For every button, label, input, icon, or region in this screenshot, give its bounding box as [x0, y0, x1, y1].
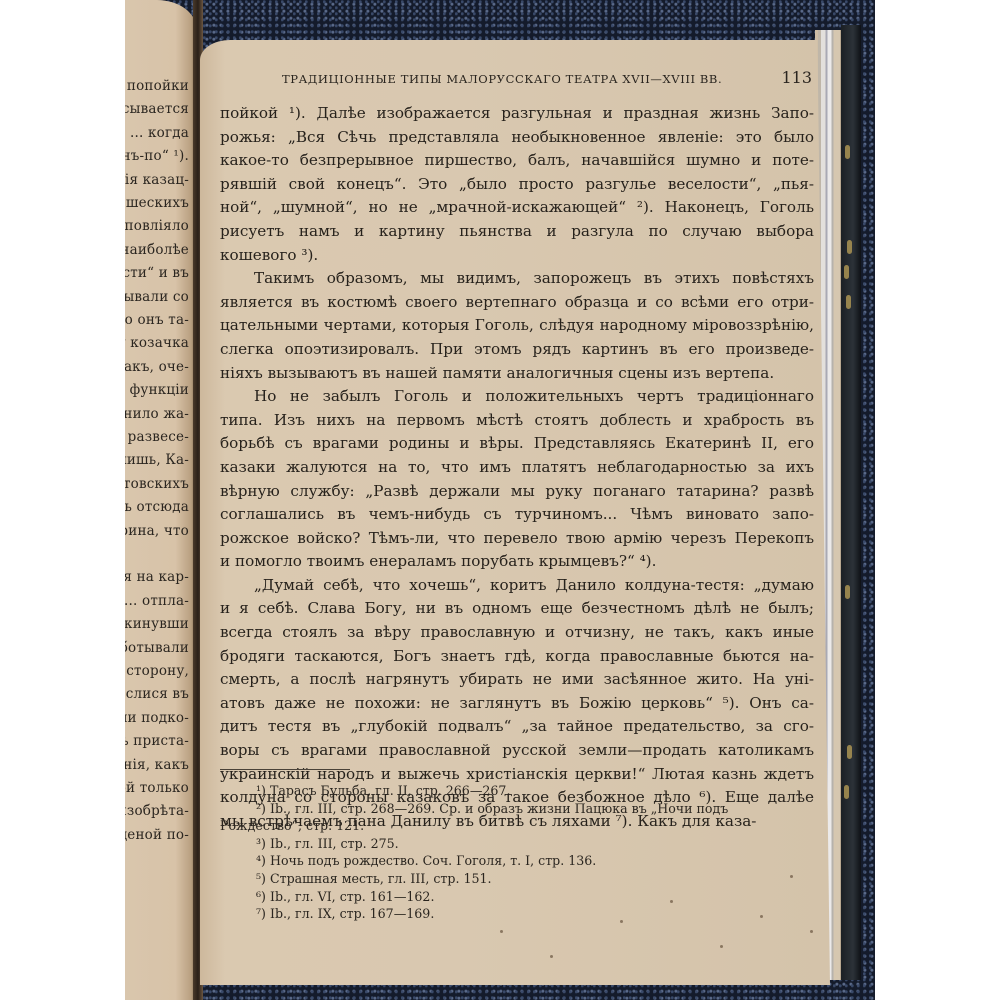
text-line: пойкой ¹). Далѣе изображается разгульная…: [220, 102, 814, 126]
left-page-line: ми подко-: [125, 710, 189, 726]
left-page-line: развесе-: [128, 429, 189, 445]
left-page-line: изобрѣта-: [125, 803, 189, 819]
text-line: воры съ врагами православной русской зем…: [220, 739, 814, 763]
left-page-line: нiя казац-: [125, 172, 189, 188]
text-line: и помогло твоимъ енераламъ порубать крым…: [220, 550, 814, 574]
footnote: ⁵) Страшная месть, гл. III, стр. 151.: [220, 870, 780, 888]
footnote: ³) Ib., гл. III, стр. 275.: [220, 835, 780, 853]
text-line: кошевого ³).: [220, 244, 814, 268]
left-page-line: у козачка: [125, 335, 189, 351]
footnotes: ¹) Тарасъ Бульба, гл. II, стр. 266—267.²…: [220, 782, 780, 923]
left-page-line: закъ, оче-: [125, 359, 189, 375]
text-line: рожское войско? Тѣмъ-ли, что перевело тв…: [220, 527, 814, 551]
left-page-line: функцiи: [130, 382, 189, 398]
left-page-line: писывается: [125, 101, 189, 117]
text-line: является въ костюмѣ своего вертепнаго об…: [220, 291, 814, 315]
footnote: ⁷) Ib., гл. IX, стр. 167—169.: [220, 905, 780, 923]
text-line: соглашались въ чемъ-нибудь съ турчиномъ.…: [220, 503, 814, 527]
right-page: ТРАДИЦIОННЫЕ ТИПЫ МАЛОРУССКАГО ТЕАТРА XV…: [200, 40, 830, 985]
text-line: борьбѣ съ врагами родины и вѣры. Предста…: [220, 432, 814, 456]
book-photo: попойкиписываетсяа ... когдаонъ-по“ ¹).н…: [125, 0, 875, 1000]
book-cover-edge: [841, 25, 861, 980]
text-line: бродяги таскаются, Богъ знаетъ гдѣ, когд…: [220, 645, 814, 669]
paragraph: Но не забылъ Гоголь и положительныхъ чер…: [220, 385, 814, 574]
left-page-line: аботывали: [125, 640, 189, 656]
left-page-line: анило жа-: [125, 406, 189, 422]
text-line: цательными чертами, которыя Гоголь, слѣд…: [220, 314, 814, 338]
text-line: Такимъ образомъ, мы видимъ, запорожецъ в…: [220, 267, 814, 291]
footnote: ¹) Тарасъ Бульба, гл. II, стр. 266—267.: [220, 782, 780, 800]
left-page-line: зывали со: [125, 289, 189, 305]
text-line: казаки жалуются на то, что имъ платятъ н…: [220, 456, 814, 480]
paragraph: Такимъ образомъ, мы видимъ, запорожецъ в…: [220, 267, 814, 385]
footnote: ⁶) Ib., гл. VI, стр. 161—162.: [220, 888, 780, 906]
footnote: Рождество“, стр. 121.: [220, 817, 780, 835]
left-page-line: рина, что: [125, 523, 189, 539]
left-page-line: еслися въ: [125, 686, 189, 702]
left-page-line: нiя, какъ: [125, 757, 189, 773]
paragraph: пойкой ¹). Далѣе изображается разгульная…: [220, 102, 814, 267]
left-page-line: то онъ та-: [125, 312, 189, 328]
text-line: атовъ даже не похожи: не заглянутъ въ Бо…: [220, 692, 814, 716]
left-page-line: попойки: [127, 78, 189, 94]
footnote: ²) Ib., гл. III, стр. 268—269. Ср. и обр…: [220, 800, 780, 818]
text-line: смерть, а послѣ нагрянутъ убирать не ими…: [220, 668, 814, 692]
left-page-line: етъ отсюда: [125, 499, 189, 515]
left-page-line: онъ-по“ ¹).: [125, 148, 189, 164]
left-page-line: сти“ и въ: [125, 265, 189, 281]
left-page-line: ой только: [125, 780, 189, 796]
text-line: ной“, „шумной“, но не „мрачной-искажающе…: [220, 196, 814, 220]
text-line: вѣрную службу: „Развѣ держали мы руку по…: [220, 480, 814, 504]
text-line: всегда стоялъ за вѣру православную и отч…: [220, 621, 814, 645]
text-line: Но не забылъ Гоголь и положительныхъ чер…: [220, 385, 814, 409]
left-page: попойкиписываетсяа ... когдаонъ-по“ ¹).н…: [125, 0, 197, 1000]
left-page-line: щеной по-: [125, 827, 189, 843]
left-page-line: наиболѣе: [125, 242, 189, 258]
left-page-line: а ... когда: [125, 125, 189, 141]
left-page-line: вскинувши: [125, 616, 189, 632]
footnote: ⁴) Ночь подъ рождество. Соч. Гоголя, т. …: [220, 852, 780, 870]
text-line: и я себѣ. Слава Богу, ни въ одномъ еще б…: [220, 597, 814, 621]
left-page-line: естовскихъ: [125, 476, 189, 492]
left-page-line: ъ приста-: [125, 733, 189, 749]
text-line: типа. Изъ нихъ на первомъ мѣстѣ стоятъ д…: [220, 409, 814, 433]
running-head: ТРАДИЦIОННЫЕ ТИПЫ МАЛОРУССКАГО ТЕАТРА XV…: [282, 72, 830, 86]
left-page-line: шишь, Ка-: [125, 452, 189, 468]
left-page-line: сторону,: [126, 663, 189, 679]
text-line: нiяхъ вызываютъ въ нашей памяти аналогич…: [220, 362, 814, 386]
text-line: „Думай себѣ, что хочешь“, коритъ Данило …: [220, 574, 814, 598]
text-line: рожья: „Вся Сѣчь представляла необыкнове…: [220, 126, 814, 150]
text-line: какое-то безпрерывное пиршество, балъ, н…: [220, 149, 814, 173]
body-text: пойкой ¹). Далѣе изображается разгульная…: [220, 102, 814, 833]
text-line: рисуетъ намъ и картину пьянства и разгул…: [220, 220, 814, 244]
left-page-line: я на кар-: [125, 569, 189, 585]
footnote-rule: [220, 769, 350, 770]
left-page-line: ошескихъ: [125, 195, 189, 211]
left-page-line: о повлiяло: [125, 218, 189, 234]
text-line: рявшiй свой конецъ“. Это „было просто ра…: [220, 173, 814, 197]
text-line: слегка опоэтизировалъ. При этомъ рядъ ка…: [220, 338, 814, 362]
page-number: 113: [781, 68, 812, 87]
text-line: дитъ тестя въ „глубокiй подвалъ“ „за тай…: [220, 715, 814, 739]
left-page-line: ъ... отпла-: [125, 593, 189, 609]
